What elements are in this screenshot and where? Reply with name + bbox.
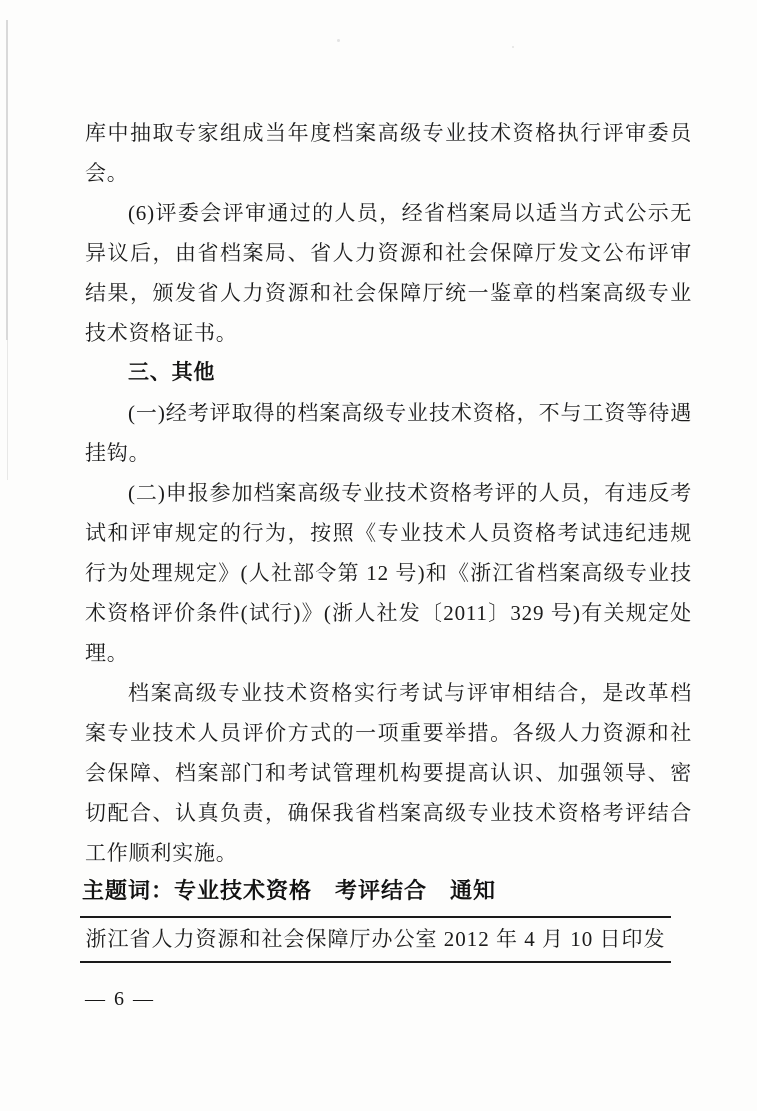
section-heading-three-other: 三、其他 [85, 353, 692, 393]
page-number: — 6 — [85, 988, 155, 1011]
divider-line-top [80, 916, 671, 918]
paragraph-item-one: (一)经考评取得的档案高级专业技术资格，不与工资等待遇挂钩。 [85, 393, 692, 473]
paragraph-closing: 档案高级专业技术资格实行考试与评审相结合，是改革档案专业技术人员评价方式的一项重… [85, 673, 692, 873]
scan-speck [337, 39, 340, 42]
subject-keywords-terms: 专业技术资格 考评结合 通知 [174, 878, 496, 903]
print-issuer-line: 浙江省人力资源和社会保障厅办公室 2012 年 4 月 10 日印发 [80, 924, 671, 954]
scan-speck [512, 46, 514, 48]
subject-keywords-line: 主题词：专业技术资格 考评结合 通知 [82, 876, 673, 906]
document-page: 库中抽取专家组成当年度档案高级专业技术资格执行评审委员会。 (6)评委会评审通过… [0, 0, 757, 1111]
paragraph-item-6: (6)评委会评审通过的人员，经省档案局以适当方式公示无异议后，由省档案局、省人力… [85, 193, 692, 353]
paragraph-continuation: 库中抽取专家组成当年度档案高级专业技术资格执行评审委员会。 [85, 113, 692, 193]
scan-edge-artifact [6, 20, 8, 340]
document-body: 库中抽取专家组成当年度档案高级专业技术资格执行评审委员会。 (6)评委会评审通过… [85, 113, 692, 873]
scan-edge-artifact [7, 340, 8, 480]
paragraph-item-two: (二)申报参加档案高级专业技术资格考评的人员，有违反考试和评审规定的行为，按照《… [85, 473, 692, 673]
divider-line-bottom [80, 961, 671, 963]
subject-keywords-label: 主题词： [82, 878, 174, 903]
